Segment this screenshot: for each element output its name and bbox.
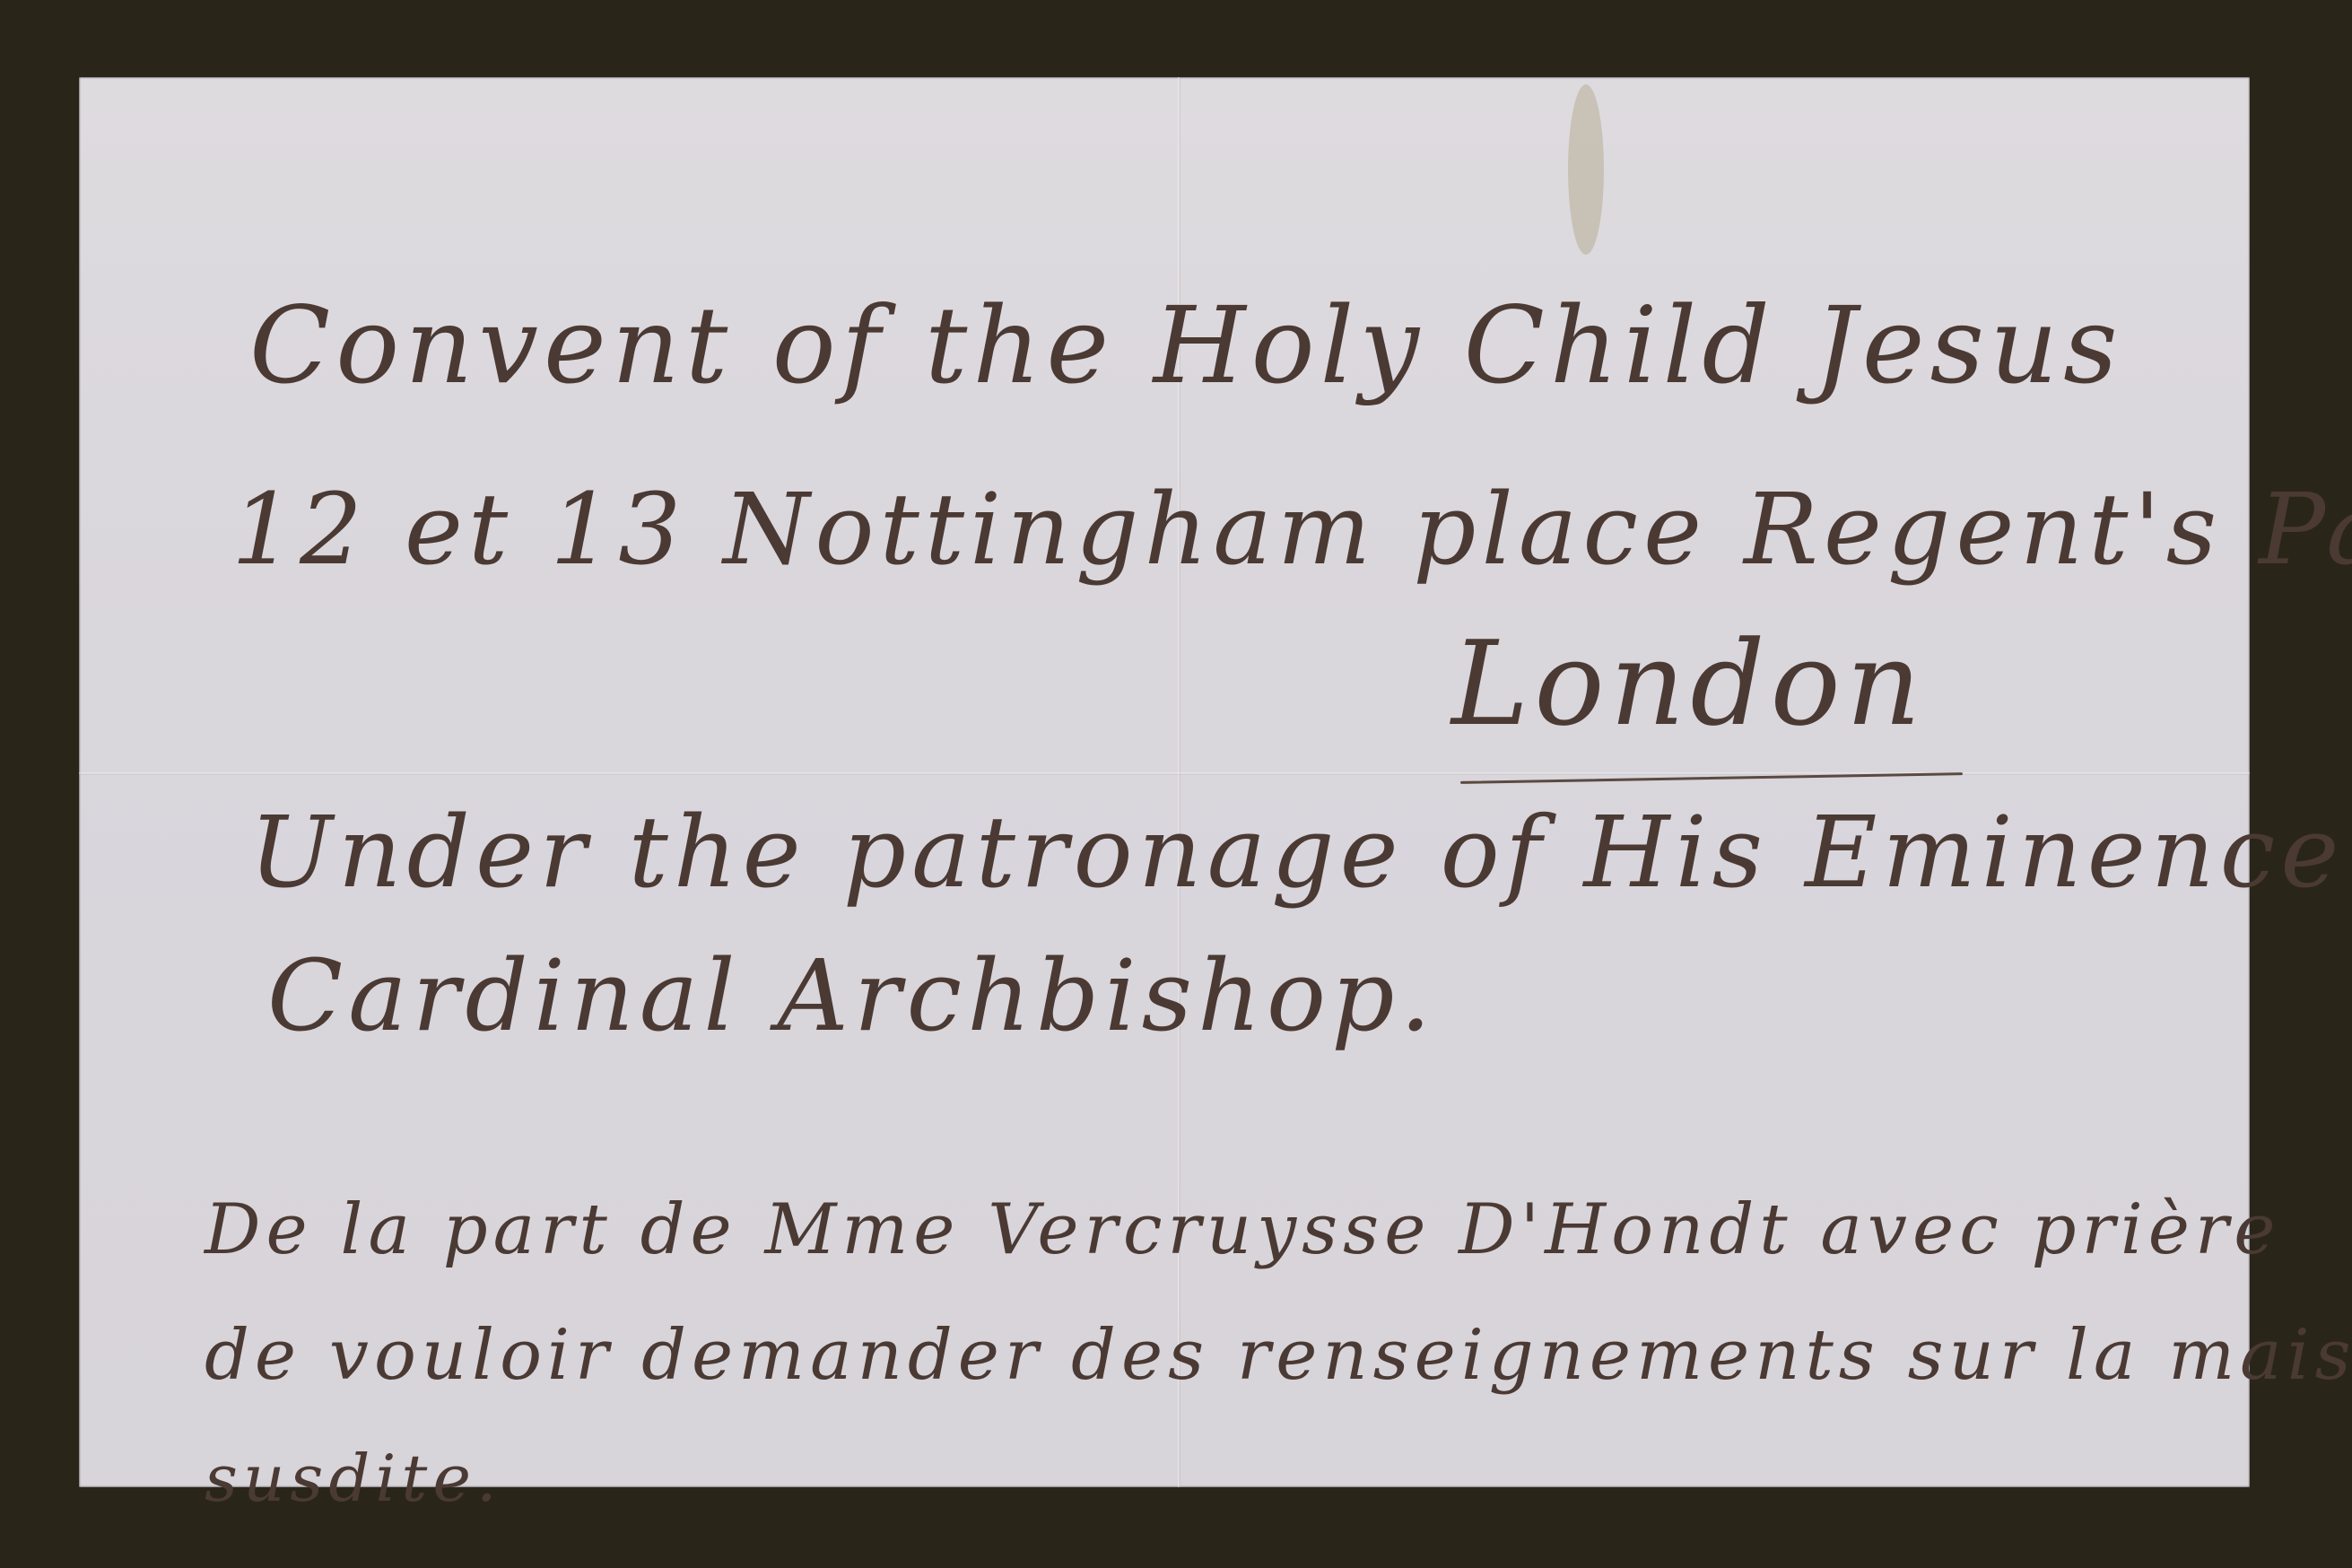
letter-paper: Convent of the Holy Child Jesus 12 et 13… bbox=[79, 77, 2250, 1487]
letter-line-note-1: De la part de Mme Vercruysse D'Hondt ave… bbox=[205, 1189, 2280, 1270]
letter-line-city: London bbox=[1451, 615, 1927, 752]
letter-line-patronage: Under the patronage of His Eminence the bbox=[249, 795, 2352, 910]
letter-line-note-3: susdite. bbox=[205, 1441, 502, 1516]
letter-line-heading: Convent of the Holy Child Jesus bbox=[249, 283, 2123, 407]
letter-line-patron: Cardinal Archbishop. bbox=[267, 938, 1436, 1053]
letter-line-note-2: de vouloir demander des renseignements s… bbox=[205, 1315, 2352, 1396]
paper-stain bbox=[1568, 84, 1604, 255]
letter-line-address: 12 et 13 Nottingham place Regent's Park bbox=[231, 472, 2352, 587]
